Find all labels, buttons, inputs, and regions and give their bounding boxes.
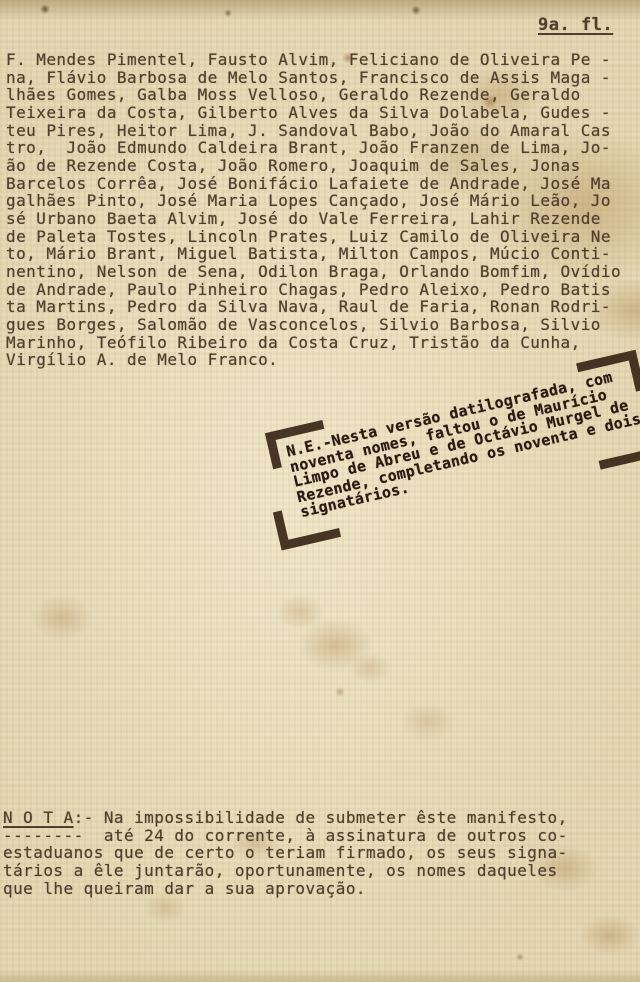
text-line: Marinho, Teófilo Ribeiro da Costa Cruz, … (6, 334, 621, 352)
nota-heading: N O T A (3, 808, 74, 827)
text-line: galhães Pinto, José Maria Lopes Cançado,… (6, 192, 621, 210)
text-line: gues Borges, Salomão de Vasconcelos, Sil… (6, 316, 621, 334)
editorial-note-stamp: N.E.-Nesta versão datilografada, com nov… (285, 366, 640, 521)
text-line: ta Martins, Pedro da Silva Nava, Raul de… (6, 298, 621, 316)
document-page: 9a. fl. F. Mendes Pimentel, Fausto Alvim… (0, 0, 640, 982)
nota-line: -------- até 24 do corrente, à assinatur… (3, 827, 568, 845)
text-line: nentino, Nelson de Sena, Odilon Braga, O… (6, 263, 621, 281)
nota-line: N O T A:- Na impossibilidade de submeter… (3, 809, 568, 827)
text-line: ão de Rezende Costa, João Romero, Joaqui… (6, 157, 621, 175)
nota-underline-dashes: -------- (3, 826, 84, 845)
text-line: sé Urbano Baeta Alvim, José do Vale Ferr… (6, 210, 621, 228)
nota-line: que lhe queiram dar a sua aprovação. (3, 880, 568, 898)
text-line: teu Pires, Heitor Lima, J. Sandoval Babo… (6, 122, 621, 140)
text-line: to, Mário Brant, Miguel Batista, Milton … (6, 245, 621, 263)
crop-mark-bottom-left-icon (273, 499, 341, 551)
folio-number: 9a. fl. (538, 15, 613, 35)
nota-paragraph: N O T A:- Na impossibilidade de submeter… (3, 809, 568, 897)
text-line: tro, João Edmundo Caldeira Brant, João F… (6, 139, 621, 157)
text-line: F. Mendes Pimentel, Fausto Alvim, Felici… (6, 51, 621, 69)
text-line: de Andrade, Paulo Pinheiro Chagas, Pedro… (6, 281, 621, 299)
nota-line: tários a êle juntarão, oportunamente, os… (3, 862, 568, 880)
nota-heading-separator: :- (74, 808, 94, 827)
text-line: na, Flávio Barbosa de Melo Santos, Franc… (6, 69, 621, 87)
nota-line-text: Na impossibilidade de submeter êste mani… (94, 808, 568, 827)
text-line: Virgílio A. de Melo Franco. (6, 351, 621, 369)
nota-line-text: até 24 do corrente, à assinatura de outr… (84, 826, 568, 845)
text-line: Teixeira da Costa, Gilberto Alves da Sil… (6, 104, 621, 122)
text-line: Barcelos Corrêa, José Bonifácio Lafaiete… (6, 175, 621, 193)
nota-line: estaduanos que de certo o teriam firmado… (3, 844, 568, 862)
text-line: de Paleta Tostes, Lincoln Prates, Luiz C… (6, 228, 621, 246)
text-line: lhães Gomes, Galba Moss Velloso, Geraldo… (6, 86, 621, 104)
signatories-paragraph: F. Mendes Pimentel, Fausto Alvim, Felici… (6, 51, 621, 369)
